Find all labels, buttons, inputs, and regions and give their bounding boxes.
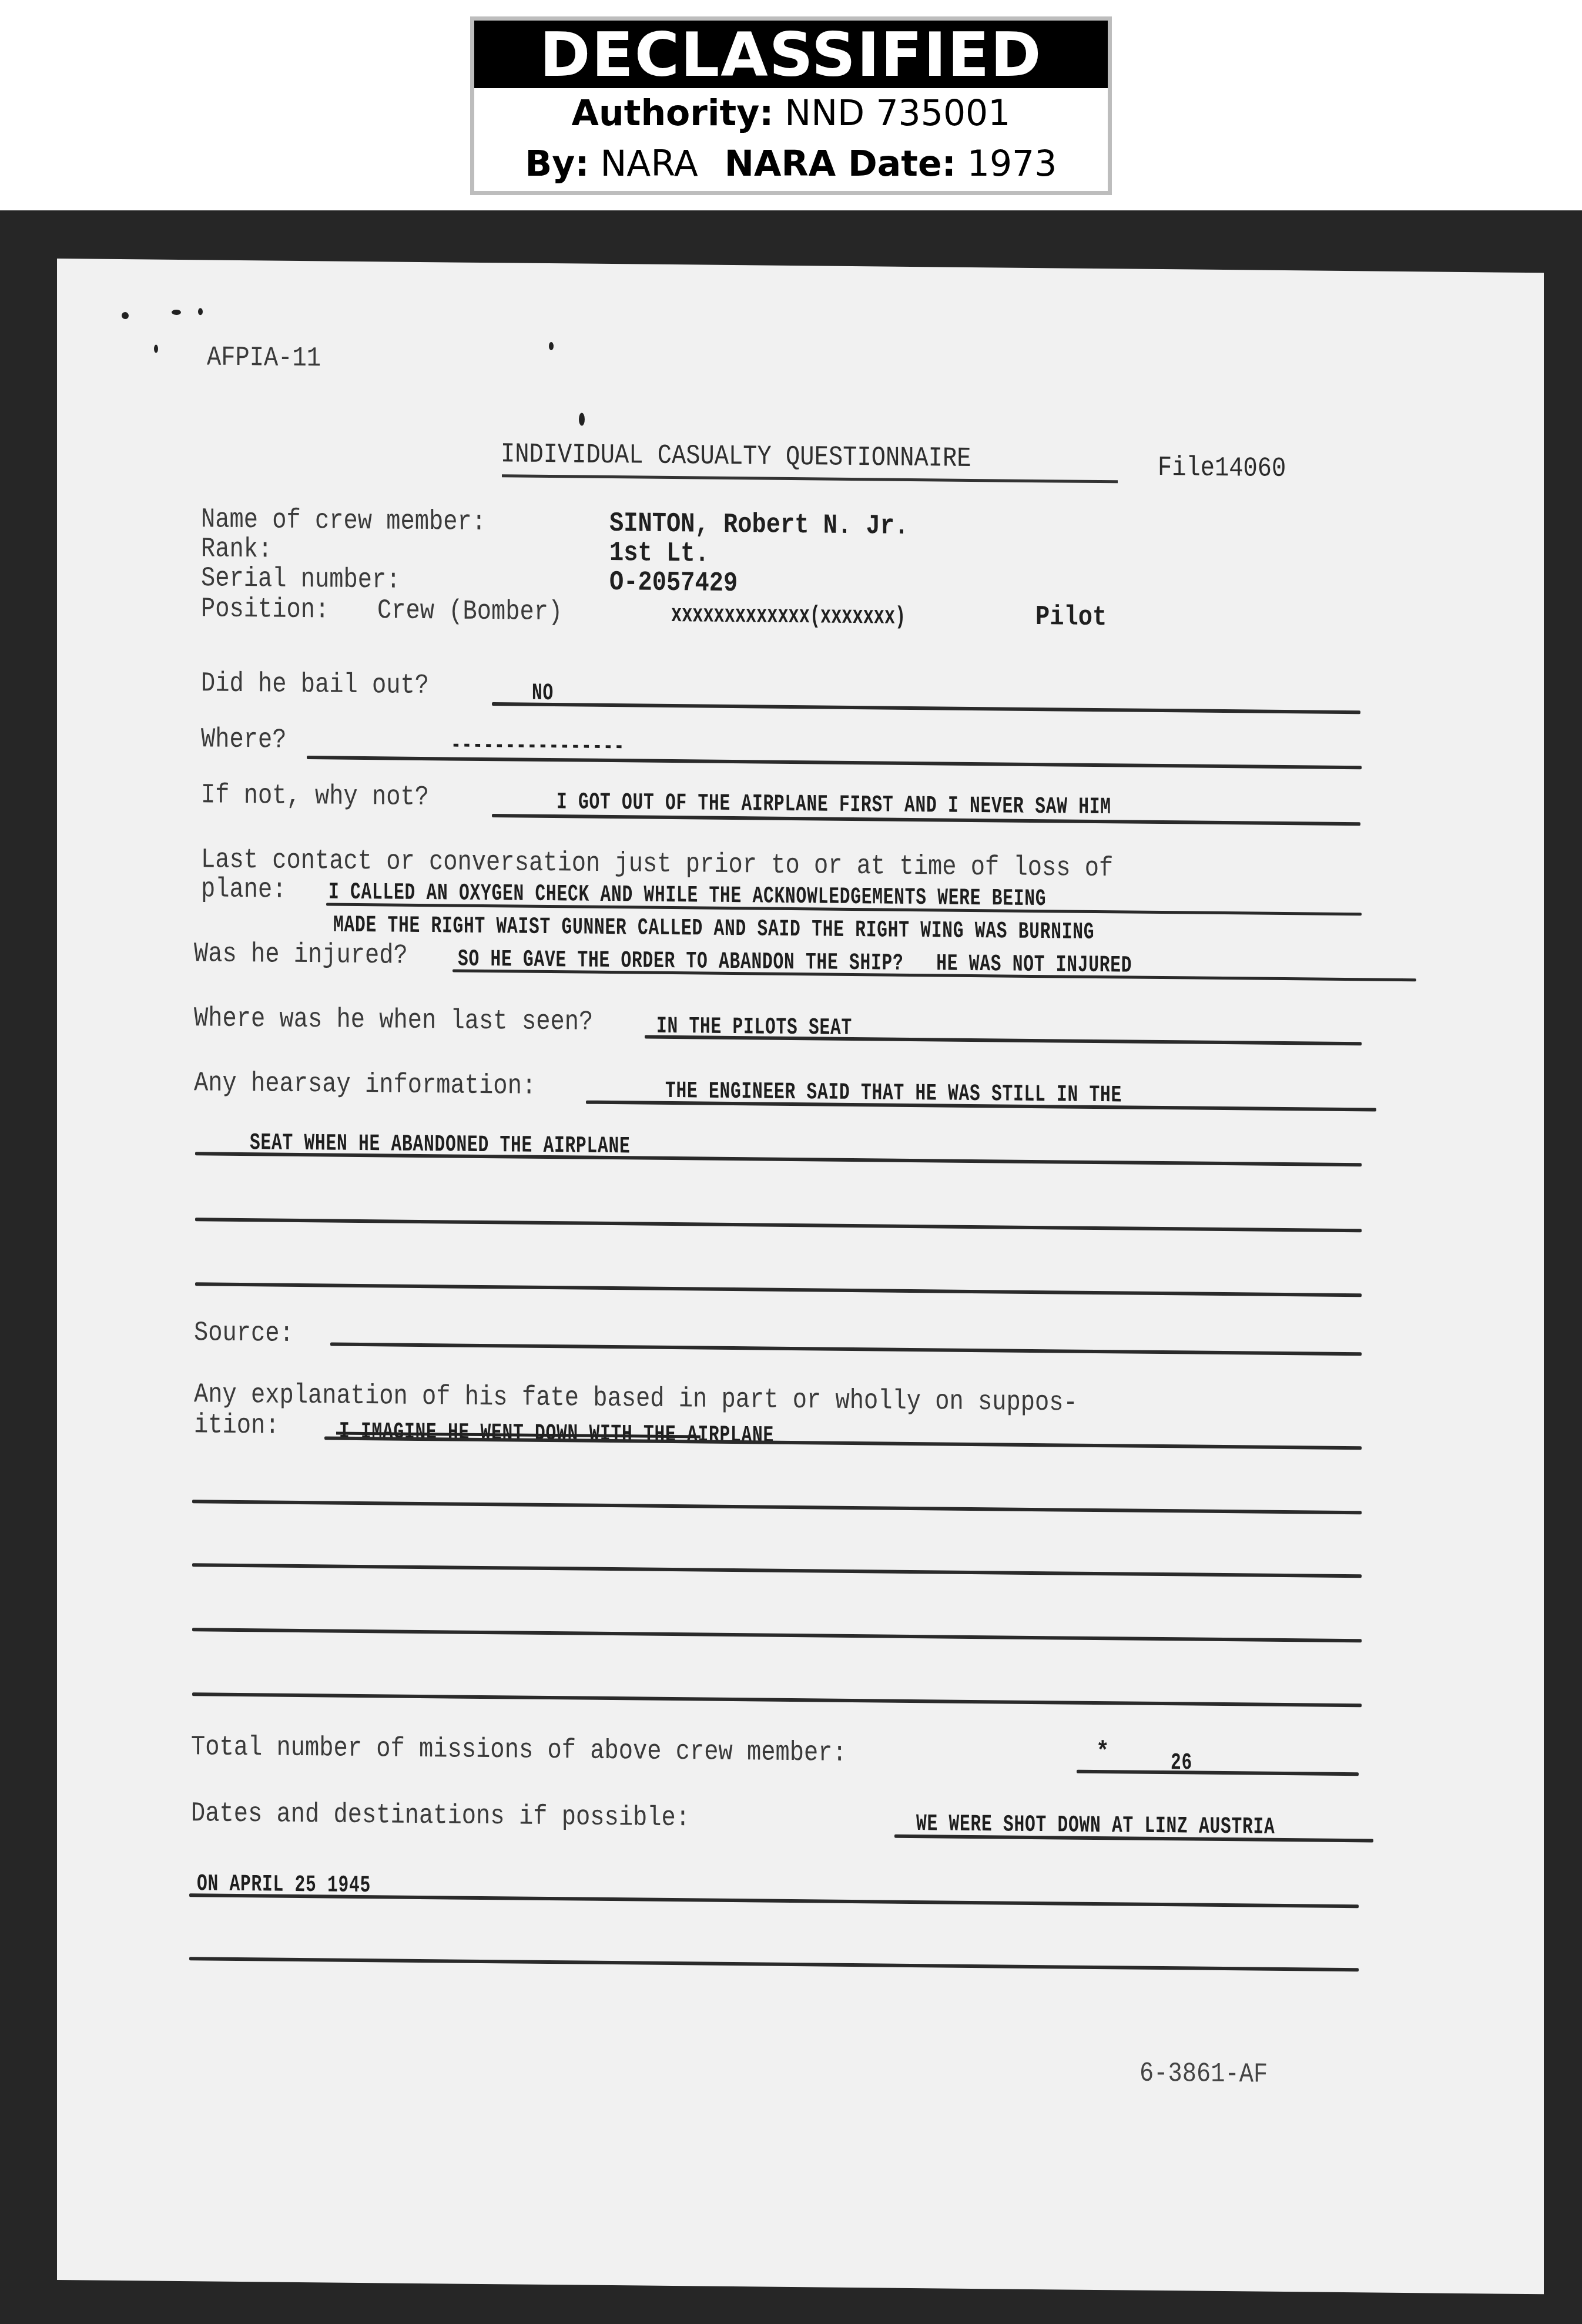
ink-speck [122,312,129,319]
name-label: Name of crew member: [201,504,486,538]
title-underline [502,474,1118,483]
position-label: Position: [201,593,329,626]
stamp-heading: DECLASSIFIED [474,21,1108,88]
where-answer: ---------------- [451,732,625,760]
declassified-stamp: DECLASSIFIED Authority: NND 735001 By: N… [470,16,1112,195]
stamp-authority: Authority: NND 735001 [474,88,1108,139]
dates-line2 [189,1893,1359,1908]
serial-label: Serial number: [201,563,401,596]
ink-speck [198,308,203,315]
rank-label: Rank: [201,534,272,565]
hearsay-line2 [195,1152,1362,1166]
footer-form-code: 6-3861-AF [1139,2058,1268,2091]
questionnaire-page: AFPIA-11 INDIVIDUAL CASUALTY QUESTIONNAI… [57,259,1544,2294]
ink-speck [154,345,158,353]
authority-label: Authority: [572,93,774,134]
ink-speck [172,310,181,315]
by-label: By: [525,143,589,185]
last-contact-label-line1: Last contact or conversation just prior … [201,844,1113,884]
serial-value: O-2057429 [609,567,738,599]
bail-out-line [492,702,1360,714]
date-value: 1973 [967,143,1057,185]
file-number: File14060 [1158,452,1286,485]
where-line [307,756,1362,769]
last-contact-label-line2: plane: [201,874,287,906]
bail-out-label: Did he bail out? [201,668,429,702]
explanation-label-line1: Any explanation of his fate based in par… [194,1379,1078,1418]
dates-line3 [189,1957,1359,1971]
source-line [330,1342,1362,1356]
rank-value: 1st Lt. [609,538,709,570]
position-value: Pilot [1035,602,1107,633]
position-prefix: Crew (Bomber) [377,595,562,628]
explanation-line3 [192,1563,1362,1578]
explanation-line2 [192,1500,1362,1514]
dates-label: Dates and destinations if possible: [191,1798,690,1834]
form-number: AFPIA-11 [207,342,321,374]
explanation-line5 [192,1692,1362,1707]
hearsay-label: Any hearsay information: [194,1068,536,1102]
position-struck-text: xxxxxxxxxxxxx(xxxxxxx) [671,601,906,631]
hearsay-line3 [195,1218,1362,1232]
why-not-label: If not, why not? [201,780,429,813]
missions-line [1077,1770,1359,1776]
form-title: INDIVIDUAL CASUALTY QUESTIONNAIRE [501,439,971,475]
stamp-by-date: By: NARA NARA Date: 1973 [474,139,1108,189]
last-seen-label: Where was he when last seen? [194,1003,593,1038]
name-value: SINTON, Robert N. Jr. [609,508,909,542]
injured-label: Was he injured? [194,938,408,971]
ink-speck [579,413,585,426]
authority-value: NND 735001 [785,93,1010,134]
explanation-label-line2: ition: [194,1410,280,1441]
missions-label: Total number of missions of above crew m… [191,1732,847,1769]
last-contact-answer-line2: MADE THE RIGHT WAIST GUNNER CALLED AND S… [333,913,1094,946]
ink-speck [549,342,554,350]
source-label: Source: [194,1317,294,1350]
date-label: NARA Date: [725,143,956,185]
by-value: NARA [600,143,698,185]
hearsay-line4 [195,1282,1362,1297]
where-label: Where? [201,724,287,756]
explanation-line4 [192,1628,1362,1642]
missions-mark: * [1096,1738,1110,1767]
